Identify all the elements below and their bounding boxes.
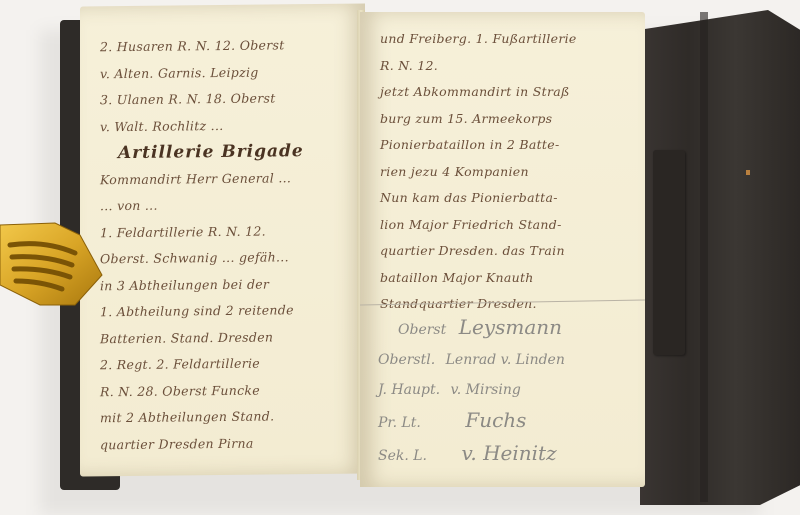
ink-line: v. Walt. Rochlitz ... — [100, 111, 357, 140]
rank-label: Sek. L. — [378, 448, 427, 464]
officer-name: Fuchs — [425, 408, 526, 432]
pencil-loop-tab — [653, 150, 685, 355]
left-page: 2. Husaren R. N. 12. Oberst v. Alten. Ga… — [80, 4, 365, 477]
ink-line: Nun kam das Pionierbatta- — [380, 185, 637, 212]
ink-line: Oberst. Schwanig ... gefäh... — [100, 244, 357, 273]
pencil-officer-list: Oberst Leysmann Oberstl. Lenrad v. Linde… — [378, 312, 637, 471]
rank-label: J. Haupt. — [378, 382, 440, 398]
ink-line: 3. Ulanen R. N. 18. Oberst — [100, 85, 357, 114]
ink-line: Pionierbataillon in 2 Batte- — [380, 132, 637, 159]
cover-mark — [746, 170, 750, 175]
officer-name: v. Mirsing — [445, 382, 521, 398]
pencil-line: Oberst Leysmann — [378, 312, 637, 345]
ink-line: v. Alten. Garnis. Leipzig — [100, 58, 357, 87]
ink-line: in 3 Abtheilungen bei der — [100, 270, 357, 299]
cover-fold — [700, 12, 708, 502]
officer-name: Lenrad v. Linden — [440, 352, 565, 368]
rank-label: Pr. Lt. — [378, 415, 421, 431]
brass-hand-clip-icon — [0, 205, 105, 310]
ink-line: Kommandirt Herr General ... — [100, 164, 357, 193]
ink-line: jetzt Abkommandirt in Straß — [380, 79, 637, 106]
ink-line: R. N. 28. Oberst Funcke — [100, 376, 357, 405]
pencil-line: Pr. Lt. Fuchs — [378, 405, 637, 438]
ink-line: R. N. 12. — [380, 53, 637, 80]
officer-name: v. Heinitz — [431, 441, 556, 465]
ink-line: ... von ... — [100, 191, 357, 220]
ink-line: quartier Dresden. das Train — [380, 238, 637, 265]
officer-name: Leysmann — [451, 315, 562, 339]
ink-line: burg zum 15. Armeekorps — [380, 106, 637, 133]
ink-line: quartier Dresden Pirna — [100, 429, 357, 458]
rank-label: Oberst — [378, 322, 446, 338]
ink-line: 1. Abtheilung sind 2 reitende — [100, 297, 357, 326]
rank-label: Oberstl. — [378, 352, 435, 368]
ink-line: mit 2 Abtheilungen Stand. — [100, 403, 357, 432]
pencil-line: Oberstl. Lenrad v. Linden — [378, 345, 637, 375]
ink-line: und Freiberg. 1. Fußartillerie — [380, 26, 637, 53]
ink-line: 2. Regt. 2. Feldartillerie — [100, 350, 357, 379]
ink-line: 1. Feldartillerie R. N. 12. — [100, 217, 357, 246]
section-heading: Artillerie Brigade — [100, 138, 357, 167]
ink-line: lion Major Friedrich Stand- — [380, 212, 637, 239]
ink-line: bataillon Major Knauth — [380, 265, 637, 292]
pencil-line: Sek. L. v. Heinitz — [378, 438, 637, 471]
ink-line: Batterien. Stand. Dresden — [100, 323, 357, 352]
ink-line: 2. Husaren R. N. 12. Oberst — [100, 32, 357, 61]
right-page: und Freiberg. 1. Fußartillerie R. N. 12.… — [360, 12, 645, 487]
ink-line: rien jezu 4 Kompanien — [380, 159, 637, 186]
pencil-line: J. Haupt. v. Mirsing — [378, 375, 637, 405]
